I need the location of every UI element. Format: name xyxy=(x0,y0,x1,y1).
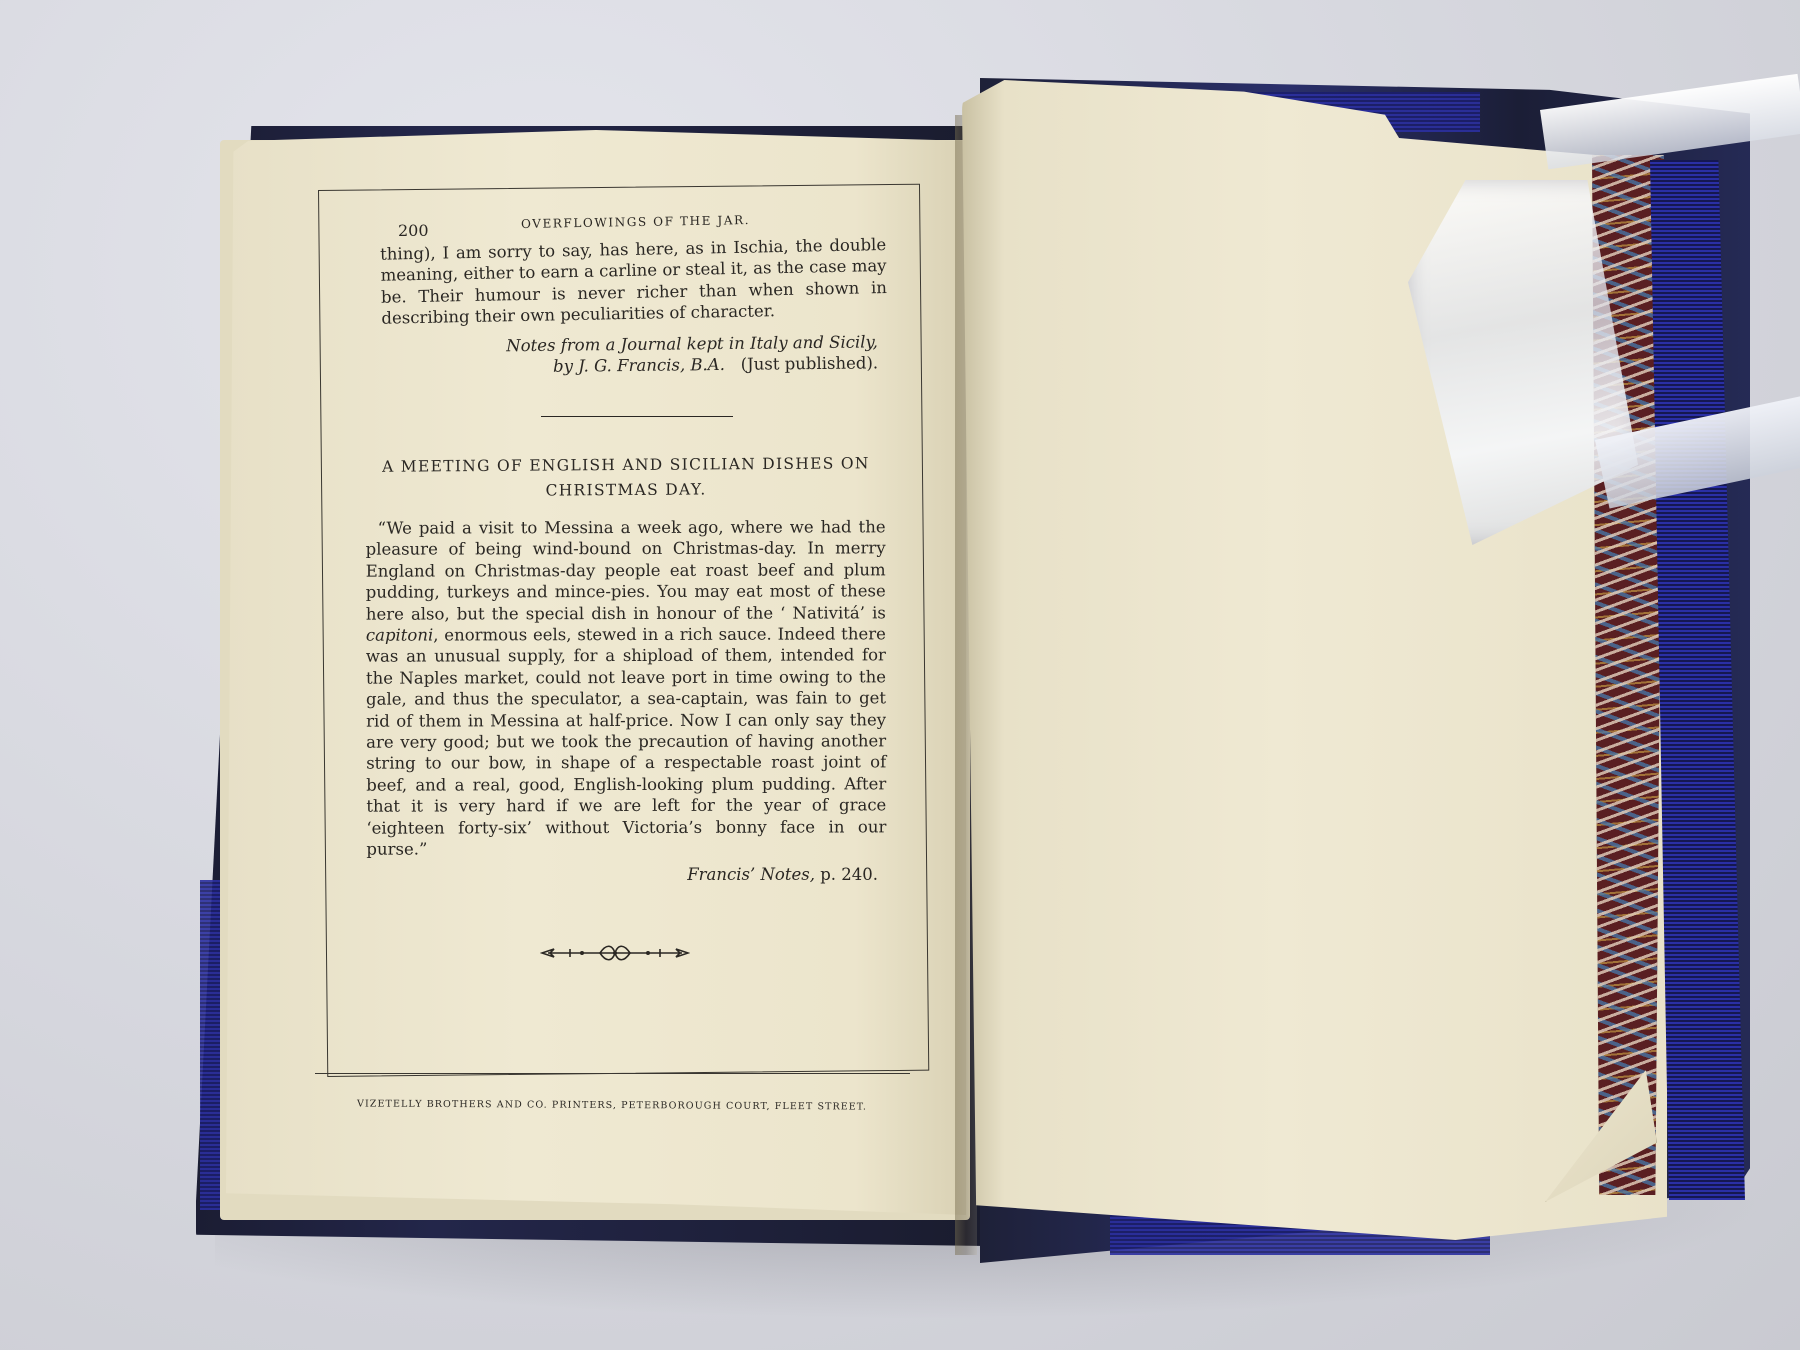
citation: Notes from a Journal kept in Italy and S… xyxy=(366,331,886,379)
article-source-page: p. 240. xyxy=(820,865,878,884)
citation-author: by J. G. Francis, B.A. xyxy=(553,355,725,376)
opening-paragraph: thing), I am sorry to say, has here, as … xyxy=(366,234,888,330)
article-body-part-1: “We paid a visit to Messina a week ago, … xyxy=(366,518,886,624)
article-body-italic: capitoni xyxy=(366,626,433,645)
citation-note: (Just published). xyxy=(741,353,879,373)
article-body-part-2: , enormous eels, stewed in a rich sauce.… xyxy=(366,625,886,859)
running-head-title: OVERFLOWINGS OF THE JAR. xyxy=(521,210,751,235)
article-title-line-1: A MEETING OF ENGLISH AND SICILIAN DISHES… xyxy=(366,452,886,481)
ornament-icon xyxy=(540,938,690,968)
section-divider-rule xyxy=(541,416,733,417)
article-source-title: Francis’ Notes, xyxy=(687,865,815,884)
running-head: 200 OVERFLOWINGS OF THE JAR. xyxy=(366,210,886,236)
article-body: “We paid a visit to Messina a week ago, … xyxy=(366,517,887,861)
left-page-text-block: 200 OVERFLOWINGS OF THE JAR. thing), I a… xyxy=(366,210,886,885)
article-title: A MEETING OF ENGLISH AND SICILIAN DISHES… xyxy=(366,452,886,506)
text-frame-bottom-rule xyxy=(315,1073,910,1074)
citation-title: Notes from a Journal kept in Italy and S… xyxy=(506,332,878,355)
article-title-line-2: CHRISTMAS DAY. xyxy=(366,477,886,506)
article-source: Francis’ Notes, p. 240. xyxy=(366,864,886,885)
page-number: 200 xyxy=(398,220,429,241)
